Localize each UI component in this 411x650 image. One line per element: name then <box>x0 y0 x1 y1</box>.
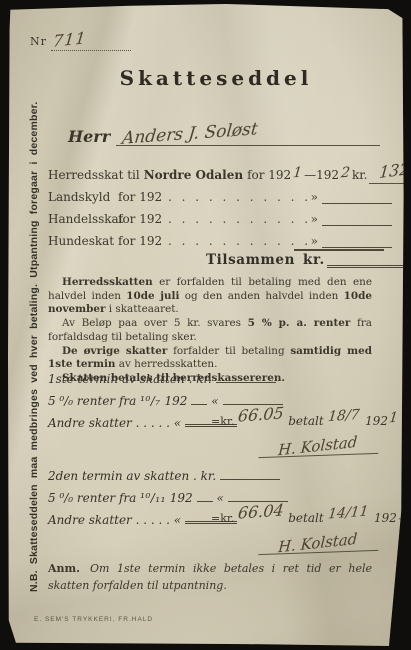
remark-text: Om 1ste termin ikke betales i ret tid er… <box>48 562 372 592</box>
total-kr-label: kr. <box>303 252 325 268</box>
landskyld-row: Landskyld for 192 . . . . . . . . . . . … <box>48 190 392 204</box>
blank-amount-rule <box>322 199 392 204</box>
dot-leader: . . . . . . . . . . . . . <box>168 190 309 204</box>
printer-imprint: E. SEM'S TRYKKERI, FR.HALD <box>34 616 153 623</box>
ditto-mark: » <box>311 212 318 226</box>
notice-text: 10de juli <box>126 290 179 302</box>
total-amount-rule <box>327 260 411 268</box>
recipient-name-underline: Anders J. Soløst <box>116 124 380 146</box>
scan-background: Nr711 N.B. Skatteseddelen maa medbringes… <box>0 0 411 650</box>
handelsskat-for-text: for 192 <box>118 212 168 226</box>
term2-amount-handwritten: 66.04 <box>237 500 285 522</box>
remark-row: Anm.Om 1ste termin ikke betales i ret ti… <box>48 561 372 594</box>
nr-label: Nr <box>30 35 47 48</box>
dot-leader: . . . . . . . . . . . <box>168 212 309 226</box>
sidebar-vertical-note: N.B. Skatteseddelen maa medbringes ved h… <box>28 92 43 592</box>
term1-amount-handwritten: 66.05 <box>237 403 285 425</box>
herredsskat-for-text: for 192 <box>247 168 291 182</box>
notice-paragraph-2: Av Beløp paa over 5 kr. svares 5 % p. a.… <box>48 317 372 344</box>
ditto-mark: » <box>311 234 318 248</box>
payment-notice: Herredsskatten er forfalden til betaling… <box>48 276 372 386</box>
term2-row1-label: 2den termin av skatten . kr. <box>48 469 216 483</box>
term1-signature: H. Kolstad <box>258 434 379 458</box>
ditto-mark: » <box>311 190 318 204</box>
hundeskat-label: Hundeskat <box>48 234 118 248</box>
term2-paid-year-handwritten: 1 <box>397 507 408 524</box>
notice-text: i skatteaaret. <box>105 303 178 315</box>
handelsskat-label: Handelsskat <box>48 212 118 226</box>
term2-paid-year-printed: 192 <box>374 511 397 525</box>
notice-paragraph-3: De øvrige skatter forfalder til betaling… <box>48 345 372 372</box>
notice-text: Av Beløp paa over 5 kr. svares <box>62 317 248 329</box>
herredsskat-amount-handwritten: 132,09 <box>371 156 411 183</box>
blank-rule <box>191 400 207 405</box>
signature-handwritten: H. Kolstad <box>278 433 358 460</box>
herredsskat-label: Herredsskat til <box>48 168 140 182</box>
term2-interest-label: 5 ⁰/₀ renter fra <box>48 491 136 505</box>
recipient-name-handwritten: Anders J. Soløst <box>121 119 259 149</box>
notice-text: Herredsskatten <box>62 276 153 288</box>
term1-date-fraction: ¹⁰/₇ <box>140 394 160 408</box>
quote-mark: « <box>174 416 181 430</box>
total-label: Tilsammen <box>206 252 295 268</box>
term1-row3: Andre skatter . . . . . « <box>48 416 237 430</box>
term1-paid-year-printed: 192 <box>365 414 388 428</box>
nr-value-handwritten: 711 <box>52 28 87 51</box>
blank-amount-rule <box>322 221 392 226</box>
landskyld-label: Landskyld <box>48 190 118 204</box>
term1-andre-skatter-label: Andre skatter . . . . . <box>48 416 170 430</box>
term1-interest-label: 5 ⁰/₀ renter fra <box>48 394 136 408</box>
term2-payment-entry: =kr. 66.04 betalt 14/11 192 1 <box>211 507 397 526</box>
term2-row3: Andre skatter . . . . . « <box>48 513 237 527</box>
term2-year-printed: 192 <box>170 491 193 505</box>
term1-paid-year-handwritten: 1 <box>388 410 399 427</box>
kr-label: kr. <box>352 168 368 182</box>
salutation-label: Herr <box>68 127 110 146</box>
betalt-label: betalt <box>288 414 323 428</box>
total-row: Tilsammen kr. <box>206 252 411 268</box>
blank-rule <box>220 475 280 480</box>
herredsskat-row: Herredsskat til Nordre Odalen for 192 1 … <box>48 164 392 184</box>
quote-mark: « <box>211 394 218 408</box>
blank-rule <box>216 378 276 383</box>
tax-slip-paper: Nr711 N.B. Skatteseddelen maa medbringes… <box>8 4 404 646</box>
dot-leader: . . . . . . . . . . . . <box>168 234 309 248</box>
term1-year-printed: 192 <box>164 394 187 408</box>
blank-rule <box>197 497 213 502</box>
remark-label: Anm. <box>48 562 80 575</box>
year-dash-text: —192 <box>304 168 339 182</box>
term1-paid-date-handwritten: 18/7 <box>327 407 360 425</box>
year-from-handwritten: 1 <box>292 165 303 182</box>
municipality-name: Nordre Odalen <box>144 168 243 182</box>
term1-row1-label: 1ste termin av skatten . kr. <box>48 372 212 386</box>
betalt-label: betalt <box>288 511 323 525</box>
hundeskat-for-text: for 192 <box>118 234 168 248</box>
quote-mark: « <box>174 513 181 527</box>
year-to-handwritten: 2 <box>340 165 351 182</box>
page-title: Skatteseddel <box>38 66 394 90</box>
blank-amount-rule <box>322 243 392 248</box>
signature-handwritten: H. Kolstad <box>278 530 358 557</box>
handelsskat-row: Handelsskat for 192 . . . . . . . . . . … <box>48 212 392 226</box>
recipient-row: Herr Anders J. Soløst <box>68 124 380 146</box>
nr-underline: 711 <box>51 30 131 51</box>
sum-double-rule <box>294 249 384 251</box>
term2-signature: H. Kolstad <box>258 531 379 555</box>
term2-row1: 2den termin av skatten . kr. <box>48 469 280 483</box>
quote-mark: « <box>217 491 224 505</box>
document-number-row: Nr711 <box>30 30 131 51</box>
notice-text: av herredsskatten. <box>116 358 218 370</box>
herredsskat-amount-underline: 132,09 <box>369 164 411 184</box>
landskyld-for-text: for 192 <box>118 190 168 204</box>
equals-kr-label: =kr. <box>211 512 234 525</box>
notice-paragraph-1: Herredsskatten er forfalden til betaling… <box>48 276 372 317</box>
hundeskat-row: Hundeskat for 192 . . . . . . . . . . . … <box>48 234 392 248</box>
notice-text: De øvrige skatter <box>62 345 167 357</box>
equals-kr-label: =kr. <box>211 415 234 428</box>
notice-text: og den anden halvdel inden <box>179 290 343 302</box>
term1-row1: 1ste termin av skatten . kr. <box>48 372 276 386</box>
term2-paid-date-handwritten: 14/11 <box>327 504 369 523</box>
notice-text: 5 % p. a. renter <box>248 317 351 329</box>
term2-andre-skatter-label: Andre skatter . . . . . <box>48 513 170 527</box>
term2-date-fraction: ¹⁰/₁₁ <box>140 491 166 505</box>
term1-payment-entry: =kr. 66.05 betalt 18/7 192 1 <box>211 410 397 429</box>
notice-text: forfalder til betaling <box>167 345 290 357</box>
